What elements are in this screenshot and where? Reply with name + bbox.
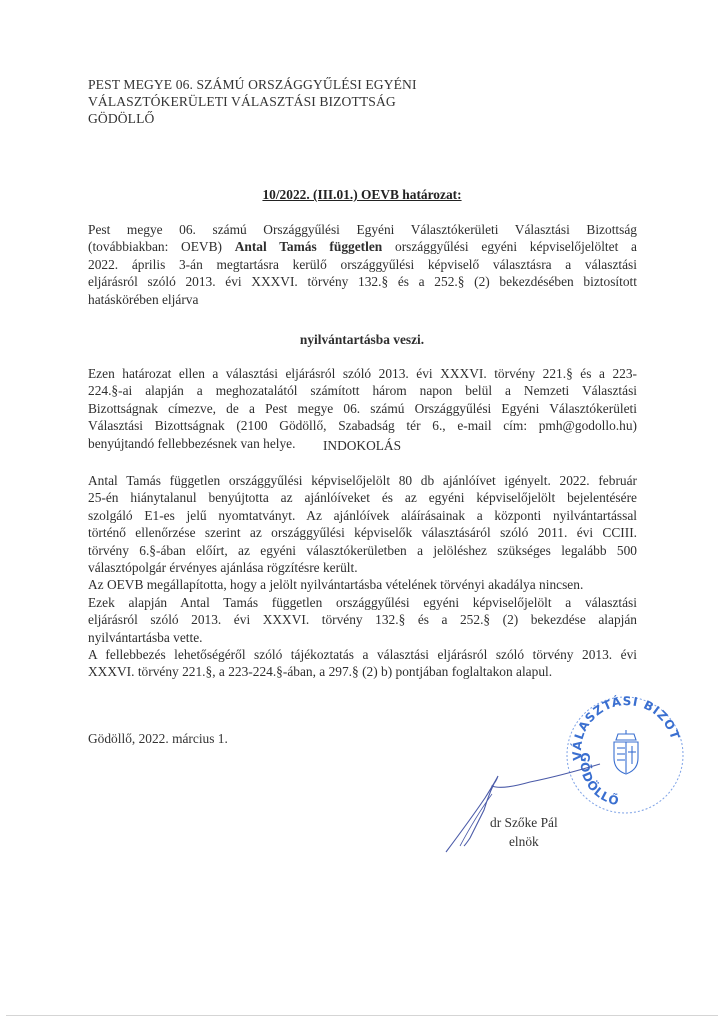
text-line: történő ellenőrzése szerint az országgyű… xyxy=(88,524,637,541)
signer-block: dr Szőke Pál elnök xyxy=(490,813,558,851)
text-line: törvény 6.§-ában előírt, az egyéni válas… xyxy=(88,542,637,559)
intro-paragraph: Pest megye 06. számú Országgyűlési Egyén… xyxy=(88,221,637,308)
text-line: Az OEVB megállapította, hogy a jelölt ny… xyxy=(88,576,637,593)
text-line: Ezen határozat ellen a választási eljárá… xyxy=(88,365,637,382)
text-line: (továbbiakban: OEVB) Antal Tamás függetl… xyxy=(88,238,637,255)
text-line: nyilvántartásba vette. xyxy=(88,629,637,646)
text-line: szolgáló E1-es jelű nyomtatványt. Az ajá… xyxy=(88,507,637,524)
text-line: 25-én hiánytalanul benyújtotta az ajánló… xyxy=(88,489,637,506)
decision-statement: nyilvántartásba veszi. xyxy=(0,332,724,348)
resolution-title: 10/2022. (III.01.) OEVB határozat: xyxy=(0,187,724,203)
text-line: A fellebbezés lehetőségéről szóló tájéko… xyxy=(88,646,637,663)
header-line: VÁLASZTÓKERÜLETI VÁLASZTÁSI BIZOTTSÁG xyxy=(88,93,417,110)
text-line: Választási Bizottságnak (2100 Gödöllő, S… xyxy=(88,417,637,434)
reasoning-heading: INDOKOLÁS xyxy=(0,438,724,454)
document-page: PEST MEGYE 06. SZÁMÚ ORSZÁGGYŰLÉSI EGYÉN… xyxy=(0,0,724,1024)
text-line: 2022. április 3-án megtartásra kerülő or… xyxy=(88,256,637,273)
header-line: GÖDÖLLŐ xyxy=(88,110,417,127)
text-line: eljárásról szóló 2013. évi XXXVI. törvén… xyxy=(88,611,637,628)
text-line: hatáskörében eljárva xyxy=(88,291,637,308)
page-edge-line xyxy=(6,1015,718,1016)
text-line: választópolgár érvényes ajánlása rögzíté… xyxy=(88,559,637,576)
signer-name: dr Szőke Pál xyxy=(490,813,558,832)
reasoning-paragraph: Antal Tamás független országgyűlési képv… xyxy=(88,472,637,681)
text-line: XXXVI. törvény 221.§, a 223-224.§-ában, … xyxy=(88,663,637,680)
signer-role: elnök xyxy=(490,832,558,851)
issuer-header: PEST MEGYE 06. SZÁMÚ ORSZÁGGYŰLÉSI EGYÉN… xyxy=(88,76,417,127)
text-line: Antal Tamás független országgyűlési képv… xyxy=(88,472,637,489)
date-line: Gödöllő, 2022. március 1. xyxy=(88,731,228,747)
candidate-name: Antal Tamás független xyxy=(235,239,383,254)
text-line: Ezek alapján Antal Tamás független orszá… xyxy=(88,594,637,611)
header-line: PEST MEGYE 06. SZÁMÚ ORSZÁGGYŰLÉSI EGYÉN… xyxy=(88,76,417,93)
text-line: Bizottságnak címezve, de a Pest megye 06… xyxy=(88,400,637,417)
text-line: 224.§-ai alapján a meghozatalától számít… xyxy=(88,382,637,399)
text-line: eljárásról szóló 2013. évi XXXVI. törvén… xyxy=(88,273,637,290)
text-line: Pest megye 06. számú Országgyűlési Egyén… xyxy=(88,221,637,238)
